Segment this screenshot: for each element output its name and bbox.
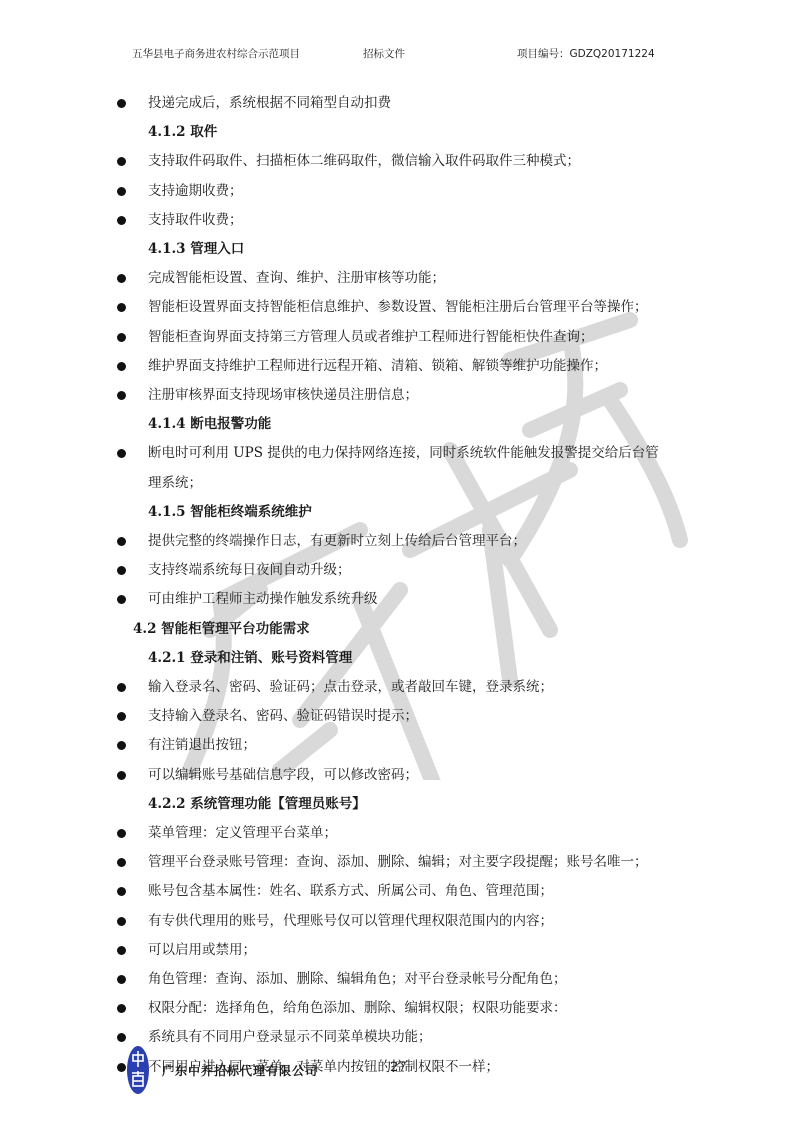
subsection-heading: 4.1.5 智能柜终端系统维护 [0, 499, 793, 525]
project-name: 五华县电子商务进农村综合示范项目 [132, 46, 300, 61]
bullet-icon [117, 274, 126, 283]
list-item-text: 有专供代理用的账号，代理账号仅可以管理代理权限范围内的内容； [148, 908, 553, 934]
heading-text: 4.2.2 系统管理功能【管理员账号】 [148, 791, 366, 817]
list-item-text: 智能柜设置界面支持智能柜信息维护、参数设置、智能柜注册后台管理平台等操作； [148, 294, 648, 320]
list-item-text: 支持输入登录名、密码、验证码错误时提示； [148, 703, 418, 729]
bullet-icon [117, 917, 126, 926]
list-item: 可以启用或禁用； [0, 937, 793, 963]
list-item: 账号包含基本属性：姓名、联系方式、所属公司、角色、管理范围； [0, 878, 793, 904]
bullet-icon [117, 157, 126, 166]
list-item: 维护界面支持维护工程师进行远程开箱、清箱、锁箱、解锁等维护功能操作； [0, 353, 793, 379]
list-item-text: 账号包含基本属性：姓名、联系方式、所属公司、角色、管理范围； [148, 878, 553, 904]
list-item: 支持输入登录名、密码、验证码错误时提示； [0, 703, 793, 729]
list-item: 智能柜查询界面支持第三方管理人员或者维护工程师进行智能柜快件查询； [0, 324, 793, 350]
bullet-icon [117, 1063, 126, 1072]
list-item: 支持终端系统每日夜间自动升级； [0, 557, 793, 583]
list-item: 注册审核界面支持现场审核快递员注册信息； [0, 382, 793, 408]
list-item-text: 可以编辑账号基础信息字段，可以修改密码； [148, 762, 418, 788]
bullet-icon [117, 391, 126, 400]
bullet-icon [117, 712, 126, 721]
list-item-text: 完成智能柜设置、查询、维护、注册审核等功能； [148, 265, 445, 291]
list-item: 角色管理：查询、添加、删除、编辑角色；对平台登录帐号分配角色； [0, 966, 793, 992]
list-item: 可以编辑账号基础信息字段，可以修改密码； [0, 762, 793, 788]
bullet-icon [117, 975, 126, 984]
list-item: 有专供代理用的账号，代理账号仅可以管理代理权限范围内的内容； [0, 908, 793, 934]
heading-text: 4.1.2 取件 [148, 119, 217, 145]
list-item-text: 支持取件码取件、扫描柜体二维码取件，微信输入取件码取件三种模式； [148, 148, 580, 174]
bullet-icon [117, 771, 126, 780]
list-item: 支持逾期收费； [0, 178, 793, 204]
heading-text: 4.1.3 管理入口 [148, 236, 244, 262]
bullet-icon [117, 595, 126, 604]
list-item: 系统具有不同用户登录显示不同菜单模块功能； [0, 1024, 793, 1050]
list-item: 输入登录名、密码、验证码；点击登录，或者敲回车键，登录系统； [0, 674, 793, 700]
list-item: 提供完整的终端操作日志，有更新时立刻上传给后台管理平台； [0, 528, 793, 554]
bullet-icon [117, 99, 126, 108]
bullet-icon [117, 449, 126, 458]
project-code: 项目编号：GDZQ20171224 [517, 46, 655, 61]
bullet-icon [117, 1033, 126, 1042]
list-item: 菜单管理：定义管理平台菜单； [0, 820, 793, 846]
list-item-text: 有注销退出按钮； [148, 732, 256, 758]
list-item-text: 可由维护工程师主动操作触发系统升级 [148, 586, 378, 612]
list-item-text: 支持终端系统每日夜间自动升级； [148, 557, 351, 583]
list-item-text: 系统具有不同用户登录显示不同菜单模块功能； [148, 1024, 432, 1050]
bullet-icon [117, 887, 126, 896]
bullet-icon [117, 858, 126, 867]
list-item-text: 提供完整的终端操作日志，有更新时立刻上传给后台管理平台； [148, 528, 526, 554]
list-item: 断电时可利用 UPS 提供的电力保持网络连接，同时系统软件能触发报警提交给后台管 [0, 440, 793, 466]
list-item-text: 菜单管理：定义管理平台菜单； [148, 820, 337, 846]
list-item: 智能柜设置界面支持智能柜信息维护、参数设置、智能柜注册后台管理平台等操作； [0, 294, 793, 320]
list-item-text: 支持取件收费； [148, 207, 243, 233]
list-item: 完成智能柜设置、查询、维护、注册审核等功能； [0, 265, 793, 291]
list-item: 可由维护工程师主动操作触发系统升级 [0, 586, 793, 612]
subsection-heading: 4.1.4 断电报警功能 [0, 411, 793, 437]
list-item-text: 投递完成后，系统根据不同箱型自动扣费 [148, 90, 391, 116]
bullet-icon [117, 1004, 126, 1013]
bullet-icon [117, 362, 126, 371]
heading-text: 4.2.1 登录和注销、账号资料管理 [148, 645, 352, 671]
bullet-icon [117, 216, 126, 225]
list-item: 管理平台登录账号管理：查询、添加、删除、编辑；对主要字段提醒；账号名唯一； [0, 849, 793, 875]
subsection-heading: 4.1.3 管理入口 [0, 236, 793, 262]
bullet-icon [117, 683, 126, 692]
bullet-icon [117, 303, 126, 312]
subsection-heading: 4.2.1 登录和注销、账号资料管理 [0, 645, 793, 671]
list-item: 有注销退出按钮； [0, 732, 793, 758]
section-heading: 4.2 智能柜管理平台功能需求 [0, 616, 793, 642]
list-item: 不同用户进入同一菜单，对菜单内按钮的控制权限不一样； [0, 1054, 793, 1080]
list-item-text: 权限分配：选择角色，给角色添加、删除、编辑权限；权限功能要求： [148, 995, 567, 1021]
heading-text: 4.1.4 断电报警功能 [148, 411, 271, 437]
list-item-text: 维护界面支持维护工程师进行远程开箱、清箱、锁箱、解锁等维护功能操作； [148, 353, 607, 379]
bullet-icon [117, 187, 126, 196]
list-item: 支持取件收费； [0, 207, 793, 233]
list-item-text: 注册审核界面支持现场审核快递员注册信息； [148, 382, 418, 408]
list-item-text: 智能柜查询界面支持第三方管理人员或者维护工程师进行智能柜快件查询； [148, 324, 594, 350]
list-item: 权限分配：选择角色，给角色添加、删除、编辑权限；权限功能要求： [0, 995, 793, 1021]
list-item-text: 支持逾期收费； [148, 178, 243, 204]
page-header: 五华县电子商务进农村综合示范项目 招标文件 项目编号：GDZQ20171224 [0, 46, 793, 66]
list-item-text: 管理平台登录账号管理：查询、添加、删除、编辑；对主要字段提醒；账号名唯一； [148, 849, 648, 875]
heading-text: 4.2 智能柜管理平台功能需求 [133, 616, 310, 642]
list-item-text: 角色管理：查询、添加、删除、编辑角色；对平台登录帐号分配角色； [148, 966, 567, 992]
bullet-icon [117, 566, 126, 575]
list-item: 投递完成后，系统根据不同箱型自动扣费 [0, 90, 793, 116]
bullet-icon [117, 946, 126, 955]
list-item-text: 断电时可利用 UPS 提供的电力保持网络连接，同时系统软件能触发报警提交给后台管 [148, 440, 659, 466]
heading-text: 4.1.5 智能柜终端系统维护 [148, 499, 312, 525]
list-item-text: 不同用户进入同一菜单，对菜单内按钮的控制权限不一样； [148, 1054, 499, 1080]
list-item-text: 输入登录名、密码、验证码；点击登录，或者敲回车键，登录系统； [148, 674, 553, 700]
document-type: 招标文件 [363, 46, 405, 61]
subsection-heading: 4.1.2 取件 [0, 119, 793, 145]
bullet-icon [117, 333, 126, 342]
bullet-icon [117, 741, 126, 750]
list-item-text: 理系统； [148, 470, 202, 496]
list-item-text: 可以启用或禁用； [148, 937, 256, 963]
subsection-heading: 4.2.2 系统管理功能【管理员账号】 [0, 791, 793, 817]
list-item: 支持取件码取件、扫描柜体二维码取件，微信输入取件码取件三种模式； [0, 148, 793, 174]
bullet-icon [117, 829, 126, 838]
list-item-continuation: 理系统； [0, 470, 793, 496]
bullet-icon [117, 537, 126, 546]
